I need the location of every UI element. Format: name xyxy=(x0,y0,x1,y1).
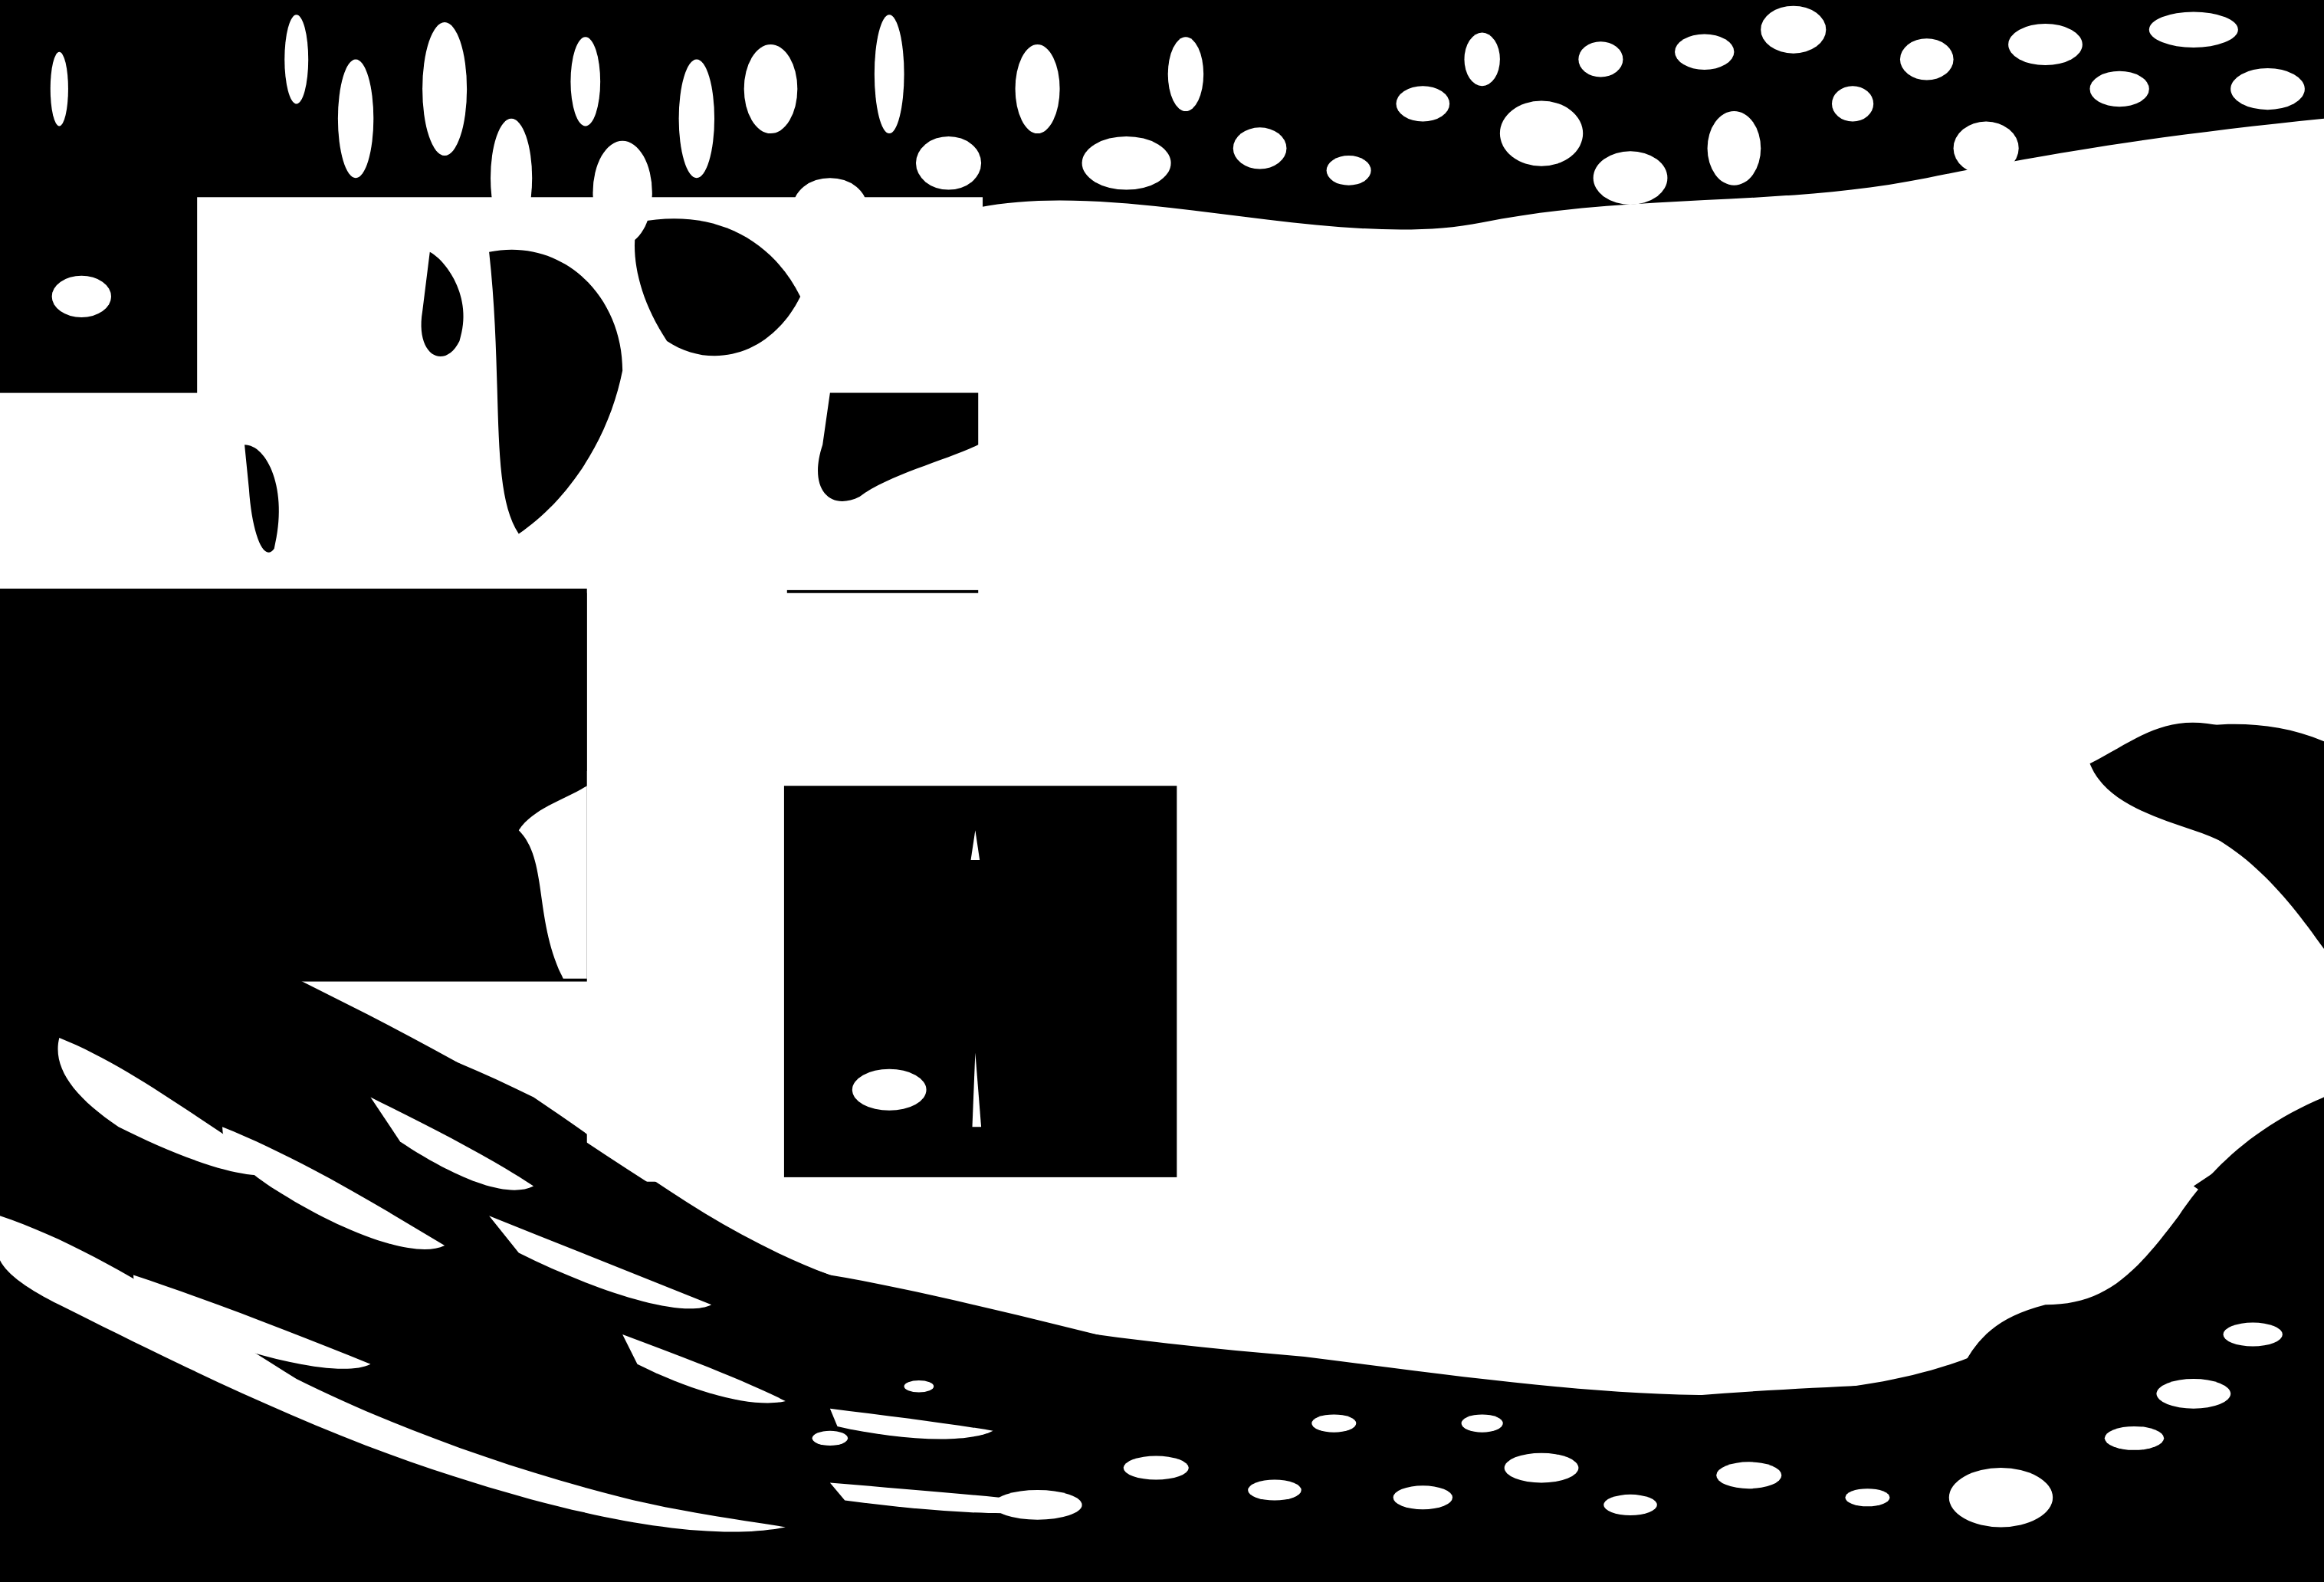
thresholded-landscape-image xyxy=(0,0,2324,1582)
block-artifact-left xyxy=(0,589,587,982)
